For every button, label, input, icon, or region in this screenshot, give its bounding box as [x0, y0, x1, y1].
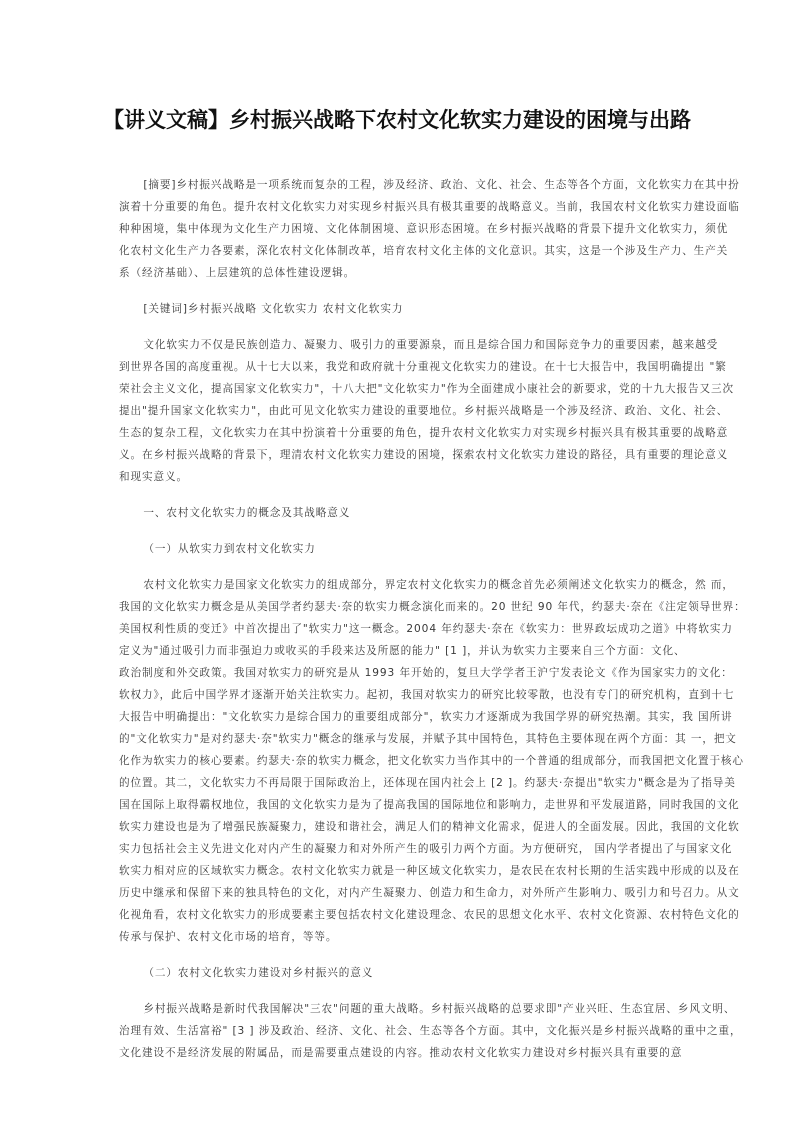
text-line: 化视角看，农村文化软实力的形成要素主要包括农村文化建设理念、农民的思想文化水平、… [119, 904, 677, 926]
text-line: 治理有效、生活富裕" [3 ] 涉及政治、经济、文化、社会、生态等各个方面。其中… [119, 1020, 677, 1042]
text-line: 实力包括社会主义先进文化对内产生的凝聚力和对外所产生的吸引力两个方面。为方便研究… [119, 838, 677, 860]
text-line: 荣社会主义文化，提高国家文化软实力"，十八大把"文化软实力"作为全面建成小康社会… [119, 378, 677, 400]
text-line: 国在国际上取得霸权地位，我国的文化软实力是为了提高我国的国际地位和影响力，走世界… [119, 794, 677, 816]
text-line: 软实力建设也是为了增强民族凝聚力，建设和谐社会，满足人们的精神文化需求，促进人的… [119, 816, 677, 838]
text-line: 化农村文化生产力各要素，深化农村文化体制改革，培育农村文化主体的文化意识。其实，… [119, 240, 677, 262]
text-line: 美国权利性质的变迁》中首次提出了"软实力"这一概念。2004 年约瑟夫·奈在《软… [119, 618, 677, 640]
text-line: 到世界各国的高度重视。从十七大以来，我党和政府就十分重视文化软实力的建设。在十七… [119, 356, 677, 378]
text-line: 历史中继承和保留下来的独具特色的文化，对内产生凝聚力、创造力和生命力，对外所产生… [119, 882, 677, 904]
text-line: 文化软实力不仅是民族创造力、凝聚力、吸引力的重要源泉，而且是综合国力和国际竞争力… [119, 334, 677, 356]
subsection-heading: （二）农村文化软实力建设对乡村振兴的意义 [119, 962, 677, 984]
section-heading: 一、农村文化软实力的概念及其战略意义 [119, 502, 677, 524]
abstract-paragraph: [摘要]乡村振兴战略是一项系统而复杂的工程，涉及经济、政治、文化、社会、生态等各… [119, 174, 677, 284]
text-line: 文化建设不是经济发展的附属品，而是需要重点建设的内容。推动农村文化软实力建设对乡… [119, 1042, 677, 1064]
document-title: 【讲义文稿】乡村振兴战略下农村文化软实力建设的困境与出路 [0, 104, 794, 134]
text-line: 传承与保护、农村文化市场的培育，等等。 [119, 926, 677, 948]
text-line: 软权力》，此后中国学界才逐渐开始关注软实力。起初，我国对软实力的研究比较零散，也… [119, 684, 677, 706]
subsection-heading: （一）从软实力到农村文化软实力 [119, 538, 677, 560]
text-line: 义。在乡村振兴战略的背景下，理清农村文化软实力建设的困境，探索农村文化软实力建设… [119, 444, 677, 466]
body-paragraph: 乡村振兴战略是新时代我国解决"三农"问题的重大战略。乡村振兴战略的总要求即"产业… [119, 998, 677, 1064]
text-line: 和现实意义。 [119, 466, 677, 488]
text-line: 的"文化软实力"是对约瑟夫·奈"软实力"概念的继承与发展，并赋予其中国特色，其特… [119, 728, 677, 750]
intro-paragraph: 文化软实力不仅是民族创造力、凝聚力、吸引力的重要源泉，而且是综合国力和国际竞争力… [119, 334, 677, 488]
text-line: 系（经济基础）、上层建筑的总体性建设逻辑。 [119, 262, 677, 284]
text-line: 农村文化软实力是国家文化软实力的组成部分，界定农村文化软实力的概念首先必须阐述文… [119, 574, 677, 596]
text-line: 生态的复杂工程，文化软实力在其中扮演着十分重要的角色，提升农村文化软实力对实现乡… [119, 422, 677, 444]
text-line: 大报告中明确提出："文化软实力是综合国力的重要组成部分"，软实力才逐渐成为我国学… [119, 706, 677, 728]
document-body: [摘要]乡村振兴战略是一项系统而复杂的工程，涉及经济、政治、文化、社会、生态等各… [119, 174, 677, 1064]
text-line: 化作为软实力的核心要素。约瑟夫·奈的软实力概念，把文化软实力当作其中的一个普通的… [119, 750, 677, 772]
body-paragraph: 农村文化软实力是国家文化软实力的组成部分，界定农村文化软实力的概念首先必须阐述文… [119, 574, 677, 948]
keywords: [关键词]乡村振兴战略 文化软实力 农村文化软实力 [119, 298, 677, 320]
text-line: 种种困境，集中体现为文化生产力困境、文化体制困境、意识形态困境。在乡村振兴战略的… [119, 218, 677, 240]
text-line: 的位置。其二，文化软实力不再局限于国际政治上，还体现在国内社会上 [2 ]。约瑟… [119, 772, 677, 794]
text-line: 软实力相对应的区域软实力概念。农村文化软实力就是一种区域文化软实力，是农民在农村… [119, 860, 677, 882]
text-line: 演着十分重要的角色。提升农村文化软实力对实现乡村振兴具有极其重要的战略意义。当前… [119, 196, 677, 218]
text-line: 定义为"通过吸引力而非强迫力或收买的手段来达及所愿的能力" [1 ]，并认为软实… [119, 640, 677, 662]
text-line: 乡村振兴战略是新时代我国解决"三农"问题的重大战略。乡村振兴战略的总要求即"产业… [119, 998, 677, 1020]
document-page: 【讲义文稿】乡村振兴战略下农村文化软实力建设的困境与出路 [摘要]乡村振兴战略是… [0, 0, 794, 1122]
text-line: 我国的文化软实力概念是从美国学者约瑟夫·奈的软实力概念演化而来的。20 世纪 9… [119, 596, 677, 618]
text-line: 政治制度和外交政策。我国对软实力的研究是从 1993 年开始的，复旦大学学者王沪… [119, 662, 677, 684]
text-line: [摘要]乡村振兴战略是一项系统而复杂的工程，涉及经济、政治、文化、社会、生态等各… [119, 174, 677, 196]
text-line: 提出"提升国家文化软实力"，由此可见文化软实力建设的重要地位。乡村振兴战略是一个… [119, 400, 677, 422]
